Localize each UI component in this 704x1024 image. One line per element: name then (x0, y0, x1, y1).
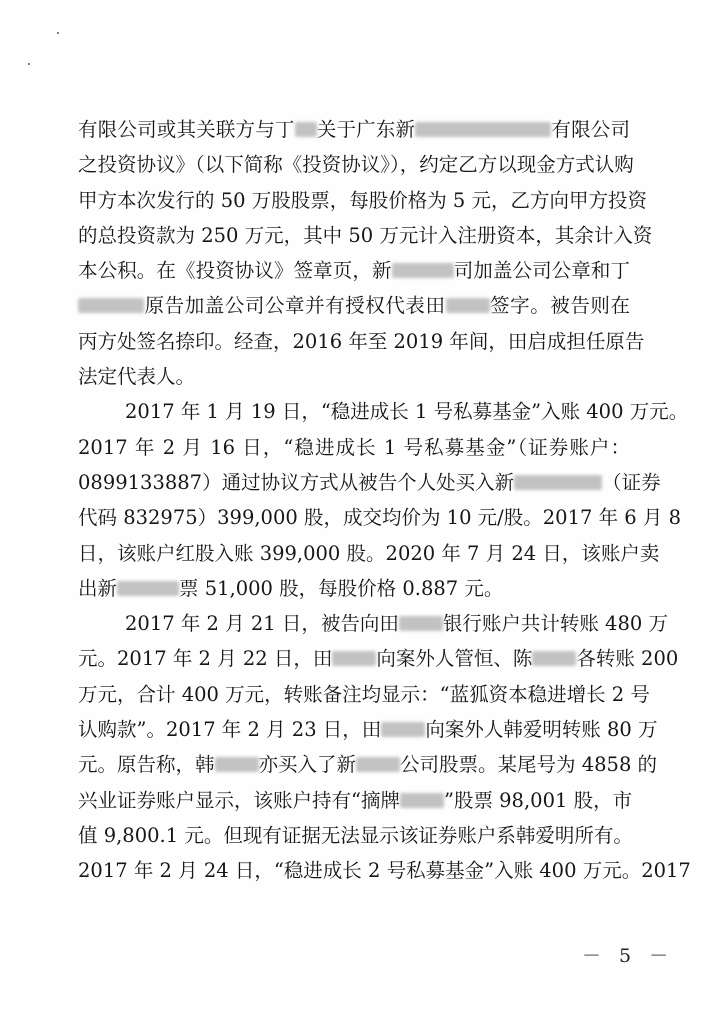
text-segment: 有限公司或其关联方与丁 (78, 118, 295, 141)
text-line: 出新票 51,000 股，每股价格 0.887 元。 (78, 571, 630, 606)
text-segment: 元。2017 年 2 月 22 日，田 (78, 647, 332, 670)
text-line: 兴业证券账户显示，该账户持有“摘牌”股票 98,001 股，市 (78, 783, 630, 818)
text-line: 值 9,800.1 元。但现有证据无法显示该证券账户系韩爱明所有。 (78, 818, 630, 853)
text-line: 丙方处签名捺印。经查，2016 年至 2019 年间，田启成担任原告 (78, 324, 630, 359)
text-line: 之投资协议》（以下简称《投资协议》），约定乙方以现金方式认购 (78, 147, 630, 182)
text-segment: 向案外人管恒、陈 (376, 647, 532, 670)
paragraph-1: 有限公司或其关联方与丁关于广东新有限公司 之投资协议》（以下简称《投资协议》），… (78, 112, 630, 394)
paragraph-3: 2017 年 2 月 21 日，被告向田银行账户共计转账 480 万 元。201… (78, 606, 630, 888)
text-segment: 向案外人韩爱明转账 80 万 (425, 718, 657, 741)
text-segment: 2017 年 2 月 21 日，被告向田 (125, 612, 399, 635)
redacted-name (78, 298, 144, 313)
redacted-name (446, 298, 490, 313)
page-number: － 5 － (582, 941, 674, 968)
text-line: 代码 832975）399,000 股，成交均价为 10 元/股。2017 年 … (78, 500, 630, 535)
paragraph-2: 2017 年 1 月 19 日，“稳进成长 1 号私募基金”入账 400 万元。… (78, 394, 630, 606)
text-line: 原告加盖公司公章并有授权代表田签字。被告则在 (78, 288, 630, 323)
text-segment: 出新 (78, 577, 117, 600)
text-segment: ”股票 98,001 股，市 (444, 789, 632, 812)
text-line: 万元，合计 400 万元，转账备注均显示：“蓝狐资本稳进增长 2 号 (78, 677, 630, 712)
text-line: 日，该账户红股入账 399,000 股。2020 年 7 月 24 日，该账户卖 (78, 536, 630, 571)
scan-speck (57, 32, 59, 34)
text-segment: 票 51,000 股，每股价格 0.887 元。 (179, 577, 503, 600)
text-line: 本公积。在《投资协议》签章页，新司加盖公司公章和丁 (78, 253, 630, 288)
text-line: 元。2017 年 2 月 22 日，田向案外人管恒、陈各转账 200 (78, 641, 630, 676)
text-line: 的总投资款为 250 万元，其中 50 万元计入注册资本，其余计入资 (78, 218, 630, 253)
text-line: 2017 年 2 月 21 日，被告向田银行账户共计转账 480 万 (78, 606, 630, 641)
redacted-company (356, 757, 400, 772)
text-line: 元。原告称，韩亦买入了新公司股票。某尾号为 4858 的 (78, 747, 630, 782)
text-segment: （证券 (602, 471, 661, 494)
text-segment: 关于广东新 (317, 118, 416, 141)
redacted-name (332, 651, 376, 666)
text-line: 2017 年 2 月 24 日，“稳进成长 2 号私募基金”入账 400 万元。… (78, 853, 630, 888)
redacted-company (392, 263, 454, 278)
text-line: 2017 年 1 月 19 日，“稳进成长 1 号私募基金”入账 400 万元。 (78, 394, 630, 429)
redacted-name (532, 651, 576, 666)
text-line: 有限公司或其关联方与丁关于广东新有限公司 (78, 112, 630, 147)
document-body: 有限公司或其关联方与丁关于广东新有限公司 之投资协议》（以下简称《投资协议》），… (78, 112, 630, 889)
text-line: 认购款”。2017 年 2 月 23 日，田向案外人韩爱明转账 80 万 (78, 712, 630, 747)
redacted-stock (514, 475, 602, 490)
text-segment: 公司股票。某尾号为 4858 的 (400, 753, 657, 776)
text-segment: 0899133887）通过协议方式从被告个人处买入新 (78, 471, 514, 494)
scan-speck (28, 63, 30, 65)
text-segment: 有限公司 (551, 118, 630, 141)
text-segment: 兴业证券账户显示，该账户持有“摘牌 (78, 789, 400, 812)
text-segment: 银行账户共计转账 480 万 (443, 612, 668, 635)
text-segment: 本公积。在《投资协议》签章页，新 (78, 259, 392, 282)
redacted-name (399, 616, 443, 631)
redacted-name (381, 722, 425, 737)
text-segment: 亦买入了新 (259, 753, 357, 776)
text-segment: 签字。被告则在 (490, 294, 630, 317)
document-page: 有限公司或其关联方与丁关于广东新有限公司 之投资协议》（以下简称《投资协议》），… (0, 0, 704, 1024)
redacted-company (415, 122, 551, 137)
text-segment: 司加盖公司公章和丁 (454, 259, 630, 282)
text-line: 2017 年 2 月 16 日，“稳进成长 1 号私募基金”（证券账户： (78, 430, 630, 465)
text-line: 法定代表人。 (78, 359, 630, 394)
text-segment: 认购款”。2017 年 2 月 23 日，田 (78, 718, 381, 741)
text-line: 0899133887）通过协议方式从被告个人处买入新（证券 (78, 465, 630, 500)
text-line: 甲方本次发行的 50 万股股票，每股价格为 5 元，乙方向甲方投资 (78, 183, 630, 218)
redacted-stock (400, 793, 444, 808)
redacted-stock (117, 581, 179, 596)
redacted-name (215, 757, 259, 772)
text-segment: 原告加盖公司公章并有授权代表田 (144, 294, 446, 317)
redacted-name (295, 122, 317, 137)
text-segment: 元。原告称，韩 (78, 753, 215, 776)
text-segment: 各转账 200 (576, 647, 678, 670)
